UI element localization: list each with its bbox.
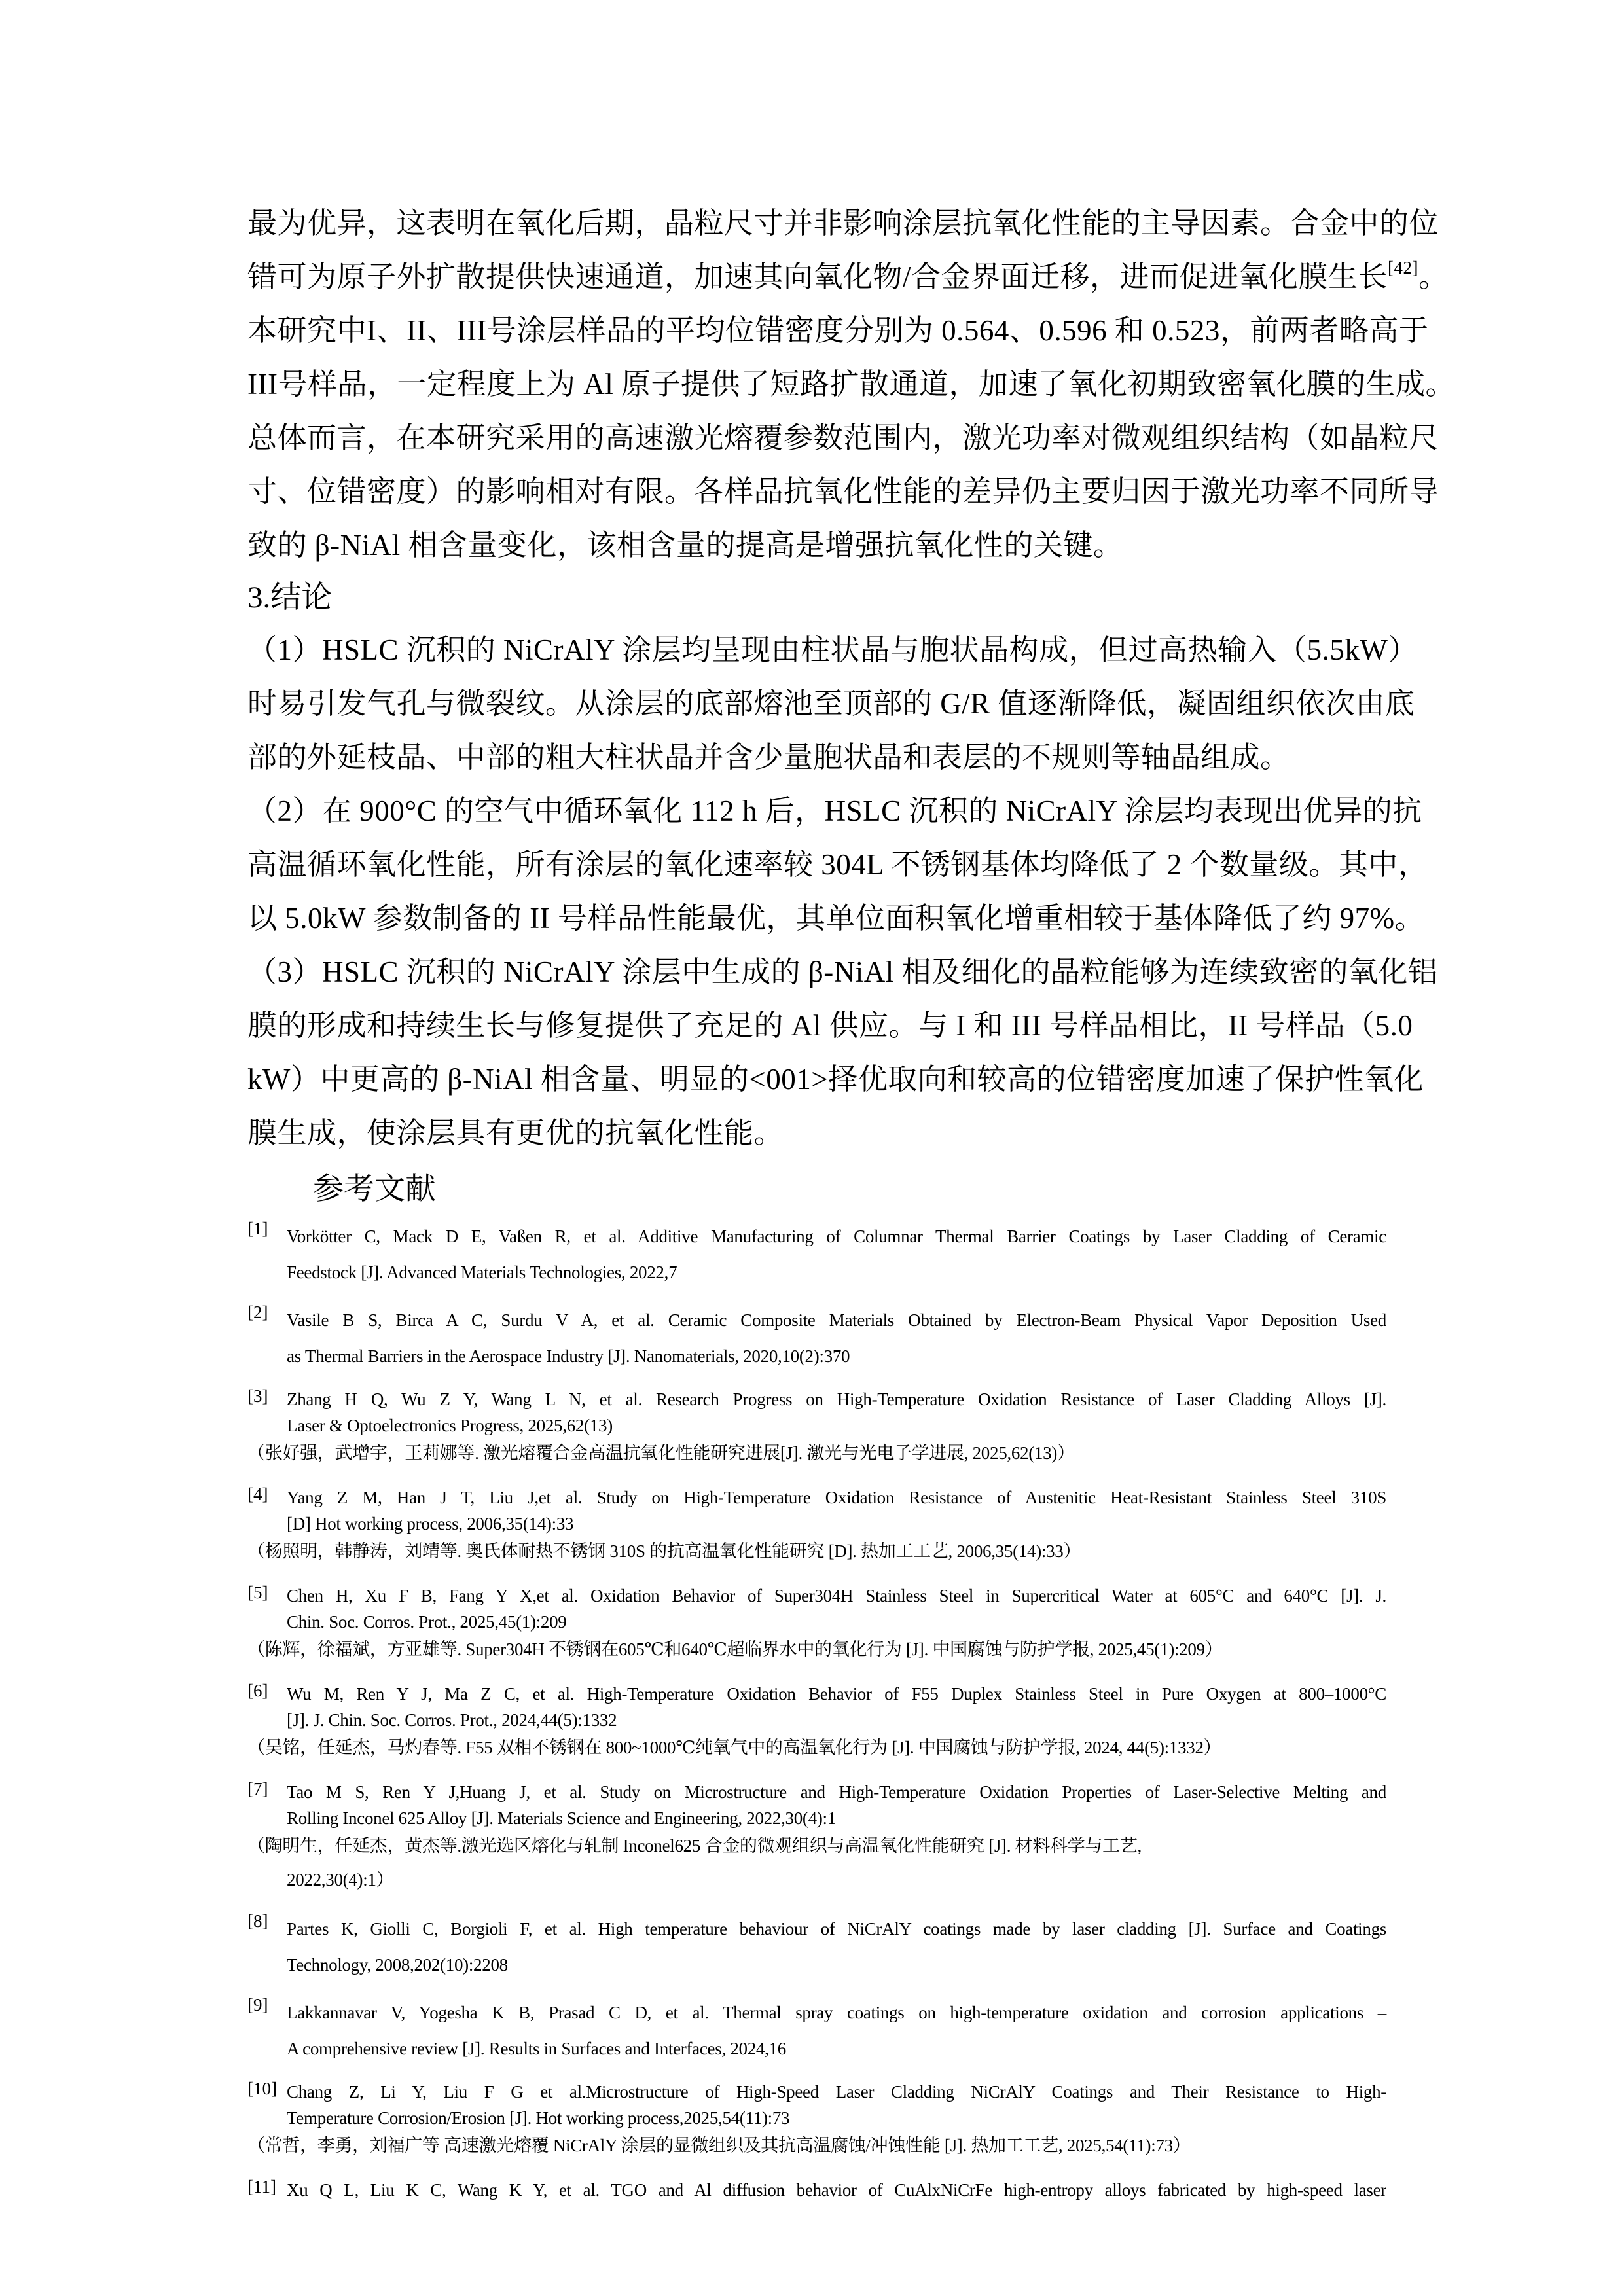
- reference-number: [4]: [247, 1484, 287, 1505]
- reference-line: Vorkötter C, Mack D E, Vaßen R, et al. A…: [247, 1219, 1386, 1255]
- reference-translation-continued: 2022,30(4):1）: [247, 1860, 1386, 1899]
- reference-translation: （陈辉，徐福斌，方亚雄等. Super304H 不锈钢在605℃和640℃超临界…: [247, 1635, 1386, 1664]
- conclusion-line: 膜的形成和持续生长与修复提供了充足的 Al 供应。与 I 和 III 号样品相比…: [247, 999, 1386, 1052]
- reference-item-2: [2] Vasile B S, Birca A C, Surdu V A, et…: [247, 1302, 1386, 1374]
- reference-line: Xu Q L, Liu K C, Wang K Y, et al. TGO an…: [247, 2177, 1386, 2203]
- conclusion-line: 以 5.0kW 参数制备的 II 号样品性能最优，其单位面积氧化增重相较于基体降…: [247, 891, 1386, 945]
- body-line-tail: 。: [1418, 260, 1449, 293]
- reference-number: [10]: [247, 2079, 287, 2099]
- reference-line: Chang Z, Li Y, Liu F G et al.Microstruct…: [247, 2079, 1386, 2105]
- reference-item-3: [3] Zhang H Q, Wu Z Y, Wang L N, et al. …: [247, 1386, 1386, 1467]
- reference-item-4: [4] Yang Z M, Han J T, Liu J,et al. Stud…: [247, 1484, 1386, 1566]
- conclusion-line: kW）中更高的 β-NiAl 相含量、明显的<001>择优取向和较高的位错密度加…: [247, 1052, 1386, 1106]
- discussion-paragraph: 最为优异，这表明在氧化后期，晶粒尺寸并非影响涂层抗氧化性能的主导因素。合金中的位…: [247, 196, 1386, 572]
- body-line: 最为优异，这表明在氧化后期，晶粒尺寸并非影响涂层抗氧化性能的主导因素。合金中的位: [247, 196, 1386, 250]
- reference-line: [J]. J. Chin. Soc. Corros. Prot., 2024,4…: [247, 1707, 1386, 1733]
- reference-line: Vasile B S, Birca A C, Surdu V A, et al.…: [247, 1302, 1386, 1338]
- conclusion-line: （3）HSLC 沉积的 NiCrAlY 涂层中生成的 β-NiAl 相及细化的晶…: [247, 945, 1386, 999]
- body-line: 本研究中I、II、III号涂层样品的平均位错密度分别为 0.564、0.596 …: [247, 304, 1386, 357]
- reference-translation: （常哲，李勇，刘福广等 高速激光熔覆 NiCrAlY 涂层的显微组织及其抗高温腐…: [247, 2131, 1386, 2160]
- reference-number: [11]: [247, 2177, 287, 2197]
- reference-number: [9]: [247, 1995, 287, 2015]
- reference-list: [1] Vorkötter C, Mack D E, Vaßen R, et a…: [247, 1219, 1386, 2203]
- conclusion-line: 膜生成，使涂层具有更优的抗氧化性能。: [247, 1106, 1386, 1160]
- reference-number: [2]: [247, 1302, 287, 1323]
- reference-item-9: [9] Lakkannavar V, Yogesha K B, Prasad C…: [247, 1995, 1386, 2067]
- document-page: 最为优异，这表明在氧化后期，晶粒尺寸并非影响涂层抗氧化性能的主导因素。合金中的位…: [247, 196, 1386, 2203]
- reference-translation: （陶明生，任延杰，黄杰等.激光选区熔化与轧制 Inconel625 合金的微观组…: [247, 1831, 1386, 1860]
- reference-item-6: [6] Wu M, Ren Y J, Ma Z C, et al. High-T…: [247, 1681, 1386, 1762]
- conclusion-line: 高温循环氧化性能，所有涂层的氧化速率较 304L 不锈钢基体均降低了 2 个数量…: [247, 838, 1386, 891]
- reference-item-8: [8] Partes K, Giolli C, Borgioli F, et a…: [247, 1911, 1386, 1983]
- reference-line: Feedstock [J]. Advanced Materials Techno…: [247, 1255, 1386, 1291]
- reference-number: [5]: [247, 1583, 287, 1603]
- spacer: [247, 2067, 1386, 2079]
- reference-line: A comprehensive review [J]. Results in S…: [247, 2031, 1386, 2067]
- reference-item-10: [10] Chang Z, Li Y, Liu F G et al.Micros…: [247, 2079, 1386, 2160]
- section-title-conclusion: 3.结论: [247, 572, 1386, 623]
- body-line: 致的 β-NiAl 相含量变化，该相含量的提高是增强抗氧化性的关键。: [247, 518, 1386, 572]
- body-line: III号样品，一定程度上为 Al 原子提供了短路扩散通道，加速了氧化初期致密氧化…: [247, 357, 1386, 411]
- spacer: [247, 1664, 1386, 1681]
- conclusion-line: 部的外延枝晶、中部的粗大柱状晶并含少量胞状晶和表层的不规则等轴晶组成。: [247, 730, 1386, 784]
- citation-ref[interactable]: [42]: [1388, 258, 1418, 278]
- reference-number: [1]: [247, 1219, 287, 1239]
- spacer: [247, 1899, 1386, 1911]
- reference-line: as Thermal Barriers in the Aerospace Ind…: [247, 1338, 1386, 1374]
- reference-line: Yang Z M, Han J T, Liu J,et al. Study on…: [247, 1484, 1386, 1511]
- reference-line: Temperature Corrosion/Erosion [J]. Hot w…: [247, 2105, 1386, 2131]
- conclusion-line: （1）HSLC 沉积的 NiCrAlY 涂层均呈现由柱状晶与胞状晶构成，但过高热…: [247, 623, 1386, 677]
- spacer: [247, 1566, 1386, 1583]
- reference-line: Tao M S, Ren Y J,Huang J, et al. Study o…: [247, 1779, 1386, 1805]
- body-line: 寸、位错密度）的影响相对有限。各样品抗氧化性能的差异仍主要归因于激光功率不同所导: [247, 465, 1386, 518]
- reference-item-1: [1] Vorkötter C, Mack D E, Vaßen R, et a…: [247, 1219, 1386, 1291]
- reference-translation: （吴铭，任延杰，马灼春等. F55 双相不锈钢在 800~1000℃纯氧气中的高…: [247, 1733, 1386, 1762]
- reference-line: Zhang H Q, Wu Z Y, Wang L N, et al. Rese…: [247, 1386, 1386, 1412]
- spacer: [247, 1762, 1386, 1779]
- reference-line: Chin. Soc. Corros. Prot., 2025,45(1):209: [247, 1609, 1386, 1635]
- reference-line: Lakkannavar V, Yogesha K B, Prasad C D, …: [247, 1995, 1386, 2031]
- body-line-text: 错可为原子外扩散提供快速通道，加速其向氧化物/合金界面迁移，进而促进氧化膜生长: [247, 260, 1388, 293]
- reference-item-11: [11] Xu Q L, Liu K C, Wang K Y, et al. T…: [247, 2177, 1386, 2203]
- reference-number: [6]: [247, 1681, 287, 1701]
- body-line: 总体而言，在本研究采用的高速激光熔覆参数范围内，激光功率对微观组织结构（如晶粒尺: [247, 411, 1386, 465]
- reference-item-7: [7] Tao M S, Ren Y J,Huang J, et al. Stu…: [247, 1779, 1386, 1899]
- reference-line: Wu M, Ren Y J, Ma Z C, et al. High-Tempe…: [247, 1681, 1386, 1707]
- reference-number: [8]: [247, 1911, 287, 1931]
- reference-number: [3]: [247, 1386, 287, 1407]
- reference-line: Chen H, Xu F B, Fang Y X,et al. Oxidatio…: [247, 1583, 1386, 1609]
- spacer: [247, 1983, 1386, 1995]
- reference-translation: （杨照明，韩静涛，刘靖等. 奥氏体耐热不锈钢 310S 的抗高温氧化性能研究 […: [247, 1537, 1386, 1566]
- conclusion-line: 时易引发气孔与微裂纹。从涂层的底部熔池至顶部的 G/R 值逐渐降低，凝固组织依次…: [247, 677, 1386, 730]
- conclusion-line: （2）在 900°C 的空气中循环氧化 112 h 后，HSLC 沉积的 NiC…: [247, 784, 1386, 838]
- spacer: [247, 1291, 1386, 1302]
- spacer: [247, 1374, 1386, 1386]
- reference-line: Rolling Inconel 625 Alloy [J]. Materials…: [247, 1805, 1386, 1831]
- body-line-with-citation: 错可为原子外扩散提供快速通道，加速其向氧化物/合金界面迁移，进而促进氧化膜生长[…: [247, 250, 1386, 304]
- reference-line: Technology, 2008,202(10):2208: [247, 1947, 1386, 1983]
- reference-number: [7]: [247, 1779, 287, 1799]
- spacer: [247, 1467, 1386, 1484]
- reference-line: [D] Hot working process, 2006,35(14):33: [247, 1511, 1386, 1537]
- reference-line: Partes K, Giolli C, Borgioli F, et al. H…: [247, 1911, 1386, 1947]
- conclusion-list: （1）HSLC 沉积的 NiCrAlY 涂层均呈现由柱状晶与胞状晶构成，但过高热…: [247, 623, 1386, 1160]
- reference-line: Laser & Optoelectronics Progress, 2025,6…: [247, 1412, 1386, 1439]
- reference-item-5: [5] Chen H, Xu F B, Fang Y X,et al. Oxid…: [247, 1583, 1386, 1664]
- references-title: 参考文献: [247, 1160, 1386, 1219]
- spacer: [247, 2160, 1386, 2177]
- reference-translation: （张好强，武增宇，王莉娜等. 激光熔覆合金高温抗氧化性能研究进展[J]. 激光与…: [247, 1439, 1386, 1467]
